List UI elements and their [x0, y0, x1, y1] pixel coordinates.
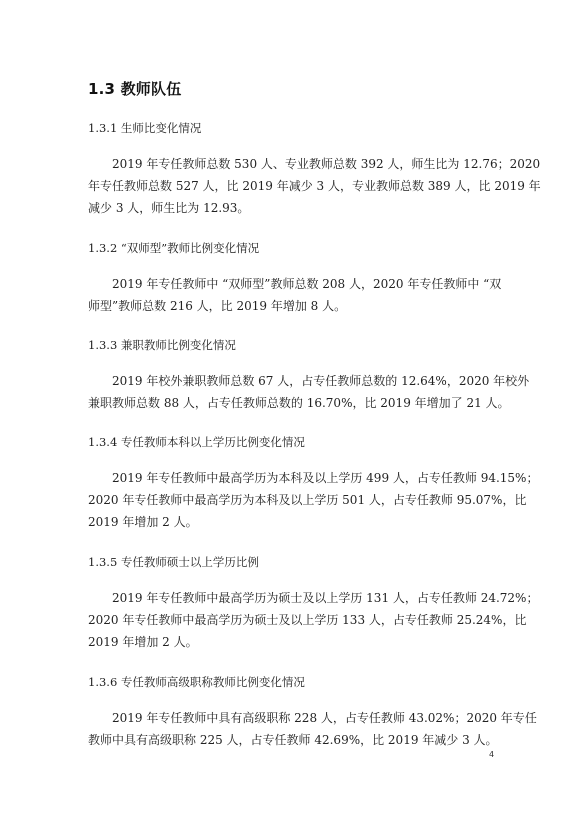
paragraph-1-3-1: 2019 年专任教师总数 530 人、专业教师总数 392 人，师生比为 12.…	[88, 153, 498, 219]
subsection-heading-1-3-6: 1.3.6 专任教师高级职称教师比例变化情况	[88, 674, 305, 690]
subsection-heading-1-3-4: 1.3.4 专任教师本科以上学历比例变化情况	[88, 434, 305, 450]
document-page: 1.3 教师队伍 1.3.1 生师比变化情况 2019 年专任教师总数 530 …	[0, 0, 580, 820]
paragraph-line: 2020 年专任教师中最高学历为本科及以上学历 501 人，占专任教师 95.0…	[88, 489, 498, 511]
paragraph-line: 减少 3 人，师生比为 12.93。	[88, 197, 498, 219]
paragraph-1-3-5: 2019 年专任教师中最高学历为硕士及以上学历 131 人，占专任教师 24.7…	[88, 587, 498, 653]
subsection-heading-1-3-3: 1.3.3 兼职教师比例变化情况	[88, 337, 236, 353]
paragraph-line: 年专任教师总数 527 人，比 2019 年减少 3 人，专业教师总数 389 …	[88, 175, 498, 197]
paragraph-1-3-6: 2019 年专任教师中具有高级职称 228 人，占专任教师 43.02%；202…	[88, 707, 498, 751]
paragraph-line: 2019 年专任教师中最高学历为本科及以上学历 499 人，占专任教师 94.1…	[88, 467, 498, 489]
paragraph-line: 2020 年专任教师中最高学历为硕士及以上学历 133 人，占专任教师 25.2…	[88, 609, 498, 631]
paragraph-1-3-4: 2019 年专任教师中最高学历为本科及以上学历 499 人，占专任教师 94.1…	[88, 467, 498, 533]
paragraph-line: 2019 年专任教师中最高学历为硕士及以上学历 131 人，占专任教师 24.7…	[88, 587, 498, 609]
subsection-heading-1-3-2: 1.3.2 “双师型”教师比例变化情况	[88, 240, 259, 256]
subsection-heading-1-3-1: 1.3.1 生师比变化情况	[88, 120, 201, 136]
paragraph-line: 兼职教师总数 88 人，占专任教师总数的 16.70%，比 2019 年增加了 …	[88, 392, 498, 414]
page-number: 4	[489, 750, 494, 759]
paragraph-line: 教师中具有高级职称 225 人，占专任教师 42.69%，比 2019 年减少 …	[88, 729, 498, 751]
subsection-heading-1-3-5: 1.3.5 专任教师硕士以上学历比例	[88, 554, 259, 570]
paragraph-line: 2019 年专任教师中 “双师型”教师总数 208 人，2020 年专任教师中 …	[88, 273, 498, 295]
paragraph-line: 2019 年专任教师中具有高级职称 228 人，占专任教师 43.02%；202…	[88, 707, 498, 729]
paragraph-1-3-3: 2019 年校外兼职教师总数 67 人，占专任教师总数的 12.64%，2020…	[88, 370, 498, 414]
paragraph-line: 2019 年增加 2 人。	[88, 631, 498, 653]
section-title: 1.3 教师队伍	[88, 78, 181, 99]
paragraph-1-3-2: 2019 年专任教师中 “双师型”教师总数 208 人，2020 年专任教师中 …	[88, 273, 498, 317]
paragraph-line: 2019 年专任教师总数 530 人、专业教师总数 392 人，师生比为 12.…	[88, 153, 498, 175]
paragraph-line: 2019 年增加 2 人。	[88, 511, 498, 533]
paragraph-line: 2019 年校外兼职教师总数 67 人，占专任教师总数的 12.64%，2020…	[88, 370, 498, 392]
paragraph-line: 师型”教师总数 216 人，比 2019 年增加 8 人。	[88, 295, 498, 317]
